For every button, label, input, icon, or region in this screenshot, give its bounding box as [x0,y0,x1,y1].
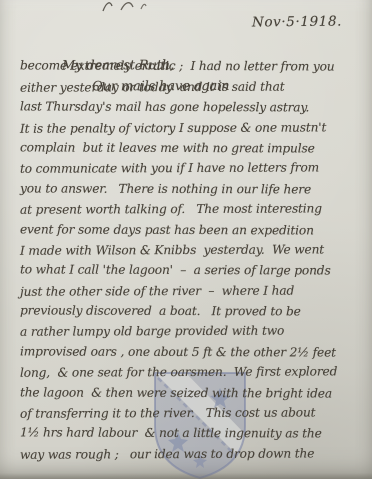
letter-line: I made with Wilson & Knibbs yesterday. W… [20,239,364,261]
letter-line: you to answer. There is nothing in our l… [20,178,364,200]
letter-line: It is the penalty of victory I suppose &… [20,117,364,139]
page-bottom-edge [0,473,372,479]
letter-date: Nov·5·1918. [252,14,342,31]
letter-line: 1½ hrs hard labour & not a little ingenu… [20,423,364,445]
letter-line: way was rough ; our idea was to drop dow… [20,443,364,465]
letter-line: last Thursday's mail has gone hopelessly… [20,97,364,119]
letter-line: to what I call 'the lagoon' – a series o… [20,260,364,282]
letter-line: My dearest Ruth, Our mails have again [20,35,364,57]
letter-line: a rather lumpy old barge provided with t… [20,321,364,343]
letter-line: at present worth talking of. The most in… [20,198,364,220]
letter-line: just the other side of the river – where… [20,280,364,302]
letter-line: either yesterday or today and it is said… [20,76,364,98]
letter-line: previously discovered a boat. It proved … [20,300,364,322]
letter-line: event for some days past has been an exp… [20,219,364,241]
letter-line: become extremely erratic ; I had no lett… [20,56,364,78]
letter-body: My dearest Ruth, Our mails have again be… [20,36,364,464]
letter-line: the lagoon & then were seized with the b… [20,382,364,404]
letter-line: of transferring it to the river. This co… [20,402,364,424]
letter-line: long, & one seat for the oarsmen. We fir… [20,361,364,383]
letter-page: Nov·5·1918. My dearest Ruth, Our mails h… [0,0,372,479]
cutoff-pen-stroke [98,0,150,12]
letter-line: complain but it leaves me with no great … [20,137,364,159]
letter-line: to communicate with you if I have no let… [20,158,364,180]
letter-line: improvised oars , one about 5 ft & the o… [20,341,364,363]
